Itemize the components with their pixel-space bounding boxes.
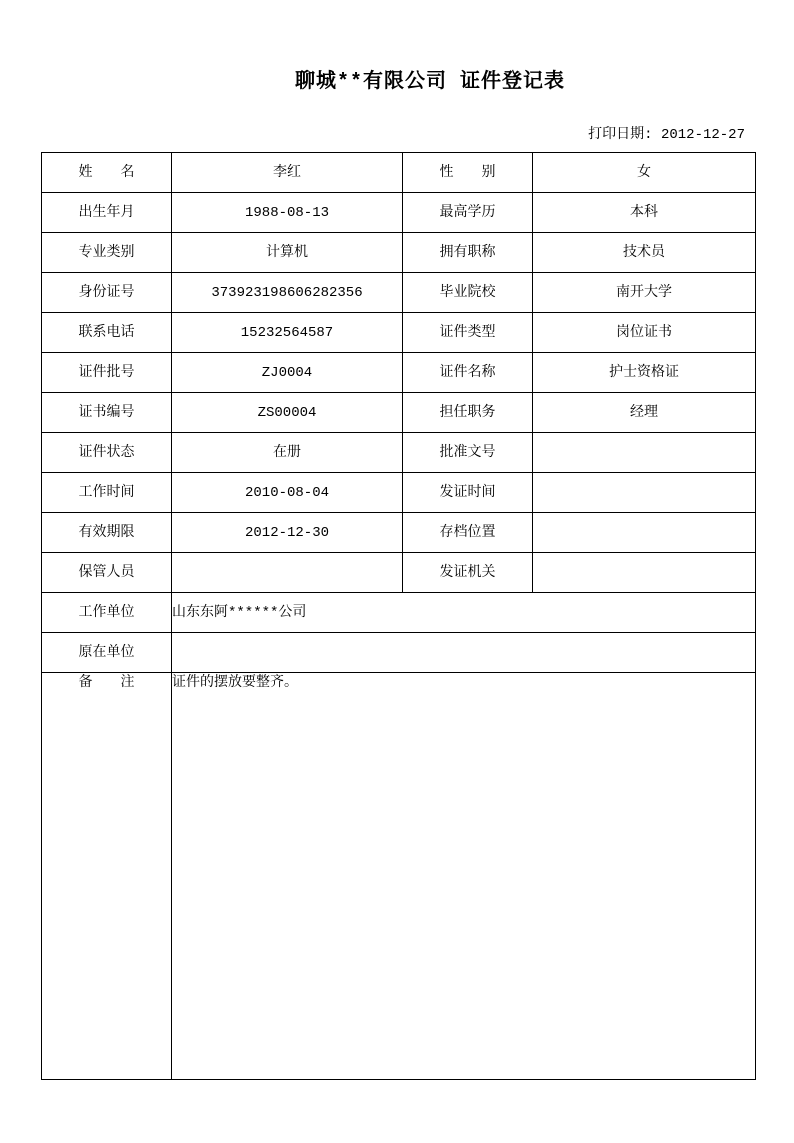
label-id-number: 身份证号	[42, 273, 172, 313]
value-school: 南开大学	[533, 273, 756, 313]
table-row: 证书编号 ZS00004 担任职务 经理	[42, 393, 756, 433]
value-phone: 15232564587	[172, 313, 403, 353]
value-cert-status: 在册	[172, 433, 403, 473]
print-date: 打印日期: 2012-12-27	[0, 126, 794, 145]
label-issue-time: 发证时间	[403, 473, 533, 513]
label-cert-name: 证件名称	[403, 353, 533, 393]
table-row: 证件状态 在册 批准文号	[42, 433, 756, 473]
value-major: 计算机	[172, 233, 403, 273]
table-row: 证件批号 ZJ0004 证件名称 护士资格证	[42, 353, 756, 393]
label-former-unit: 原在单位	[42, 633, 172, 673]
label-archive-location: 存档位置	[403, 513, 533, 553]
label-name: 姓 名	[42, 153, 172, 193]
label-position: 担任职务	[403, 393, 533, 433]
value-gender: 女	[533, 153, 756, 193]
value-id-number: 373923198606282356	[172, 273, 403, 313]
table-row: 备 注 证件的摆放要整齐。	[42, 673, 756, 1080]
label-keeper: 保管人员	[42, 553, 172, 593]
table-row: 保管人员 发证机关	[42, 553, 756, 593]
value-archive-location	[533, 513, 756, 553]
label-cert-batch-no: 证件批号	[42, 353, 172, 393]
page-title: 聊城**有限公司 证件登记表	[33, 70, 794, 96]
table-row: 专业类别 计算机 拥有职称 技术员	[42, 233, 756, 273]
label-remark: 备 注	[42, 673, 172, 1080]
value-cert-no: ZS00004	[172, 393, 403, 433]
value-approval-no	[533, 433, 756, 473]
label-cert-status: 证件状态	[42, 433, 172, 473]
label-cert-no: 证书编号	[42, 393, 172, 433]
table-row: 工作时间 2010-08-04 发证时间	[42, 473, 756, 513]
label-gender: 性 别	[403, 153, 533, 193]
value-education: 本科	[533, 193, 756, 233]
value-position: 经理	[533, 393, 756, 433]
label-phone: 联系电话	[42, 313, 172, 353]
label-work-unit: 工作单位	[42, 593, 172, 633]
label-cert-type: 证件类型	[403, 313, 533, 353]
table-row: 身份证号 373923198606282356 毕业院校 南开大学	[42, 273, 756, 313]
label-valid-period: 有效期限	[42, 513, 172, 553]
value-birth-date: 1988-08-13	[172, 193, 403, 233]
label-major: 专业类别	[42, 233, 172, 273]
certificate-form-table: 姓 名 李红 性 别 女 出生年月 1988-08-13 最高学历 本科 专业类…	[41, 152, 756, 1080]
table-row: 有效期限 2012-12-30 存档位置	[42, 513, 756, 553]
value-cert-type: 岗位证书	[533, 313, 756, 353]
label-school: 毕业院校	[403, 273, 533, 313]
label-issue-authority: 发证机关	[403, 553, 533, 593]
label-birth-date: 出生年月	[42, 193, 172, 233]
label-job-title: 拥有职称	[403, 233, 533, 273]
value-cert-name: 护士资格证	[533, 353, 756, 393]
table-row: 工作单位 山东东阿******公司	[42, 593, 756, 633]
value-issue-authority	[533, 553, 756, 593]
label-approval-no: 批准文号	[403, 433, 533, 473]
document-page: 聊城**有限公司 证件登记表 打印日期: 2012-12-27 姓 名 李红 性…	[0, 0, 794, 1143]
value-cert-batch-no: ZJ0004	[172, 353, 403, 393]
value-remark: 证件的摆放要整齐。	[172, 673, 756, 1080]
value-job-title: 技术员	[533, 233, 756, 273]
label-work-time: 工作时间	[42, 473, 172, 513]
value-keeper	[172, 553, 403, 593]
table-row: 出生年月 1988-08-13 最高学历 本科	[42, 193, 756, 233]
value-valid-period: 2012-12-30	[172, 513, 403, 553]
label-education: 最高学历	[403, 193, 533, 233]
value-issue-time	[533, 473, 756, 513]
table-row: 姓 名 李红 性 别 女	[42, 153, 756, 193]
value-name: 李红	[172, 153, 403, 193]
value-former-unit	[172, 633, 756, 673]
table-row: 原在单位	[42, 633, 756, 673]
table-row: 联系电话 15232564587 证件类型 岗位证书	[42, 313, 756, 353]
value-work-unit: 山东东阿******公司	[172, 593, 756, 633]
value-work-time: 2010-08-04	[172, 473, 403, 513]
